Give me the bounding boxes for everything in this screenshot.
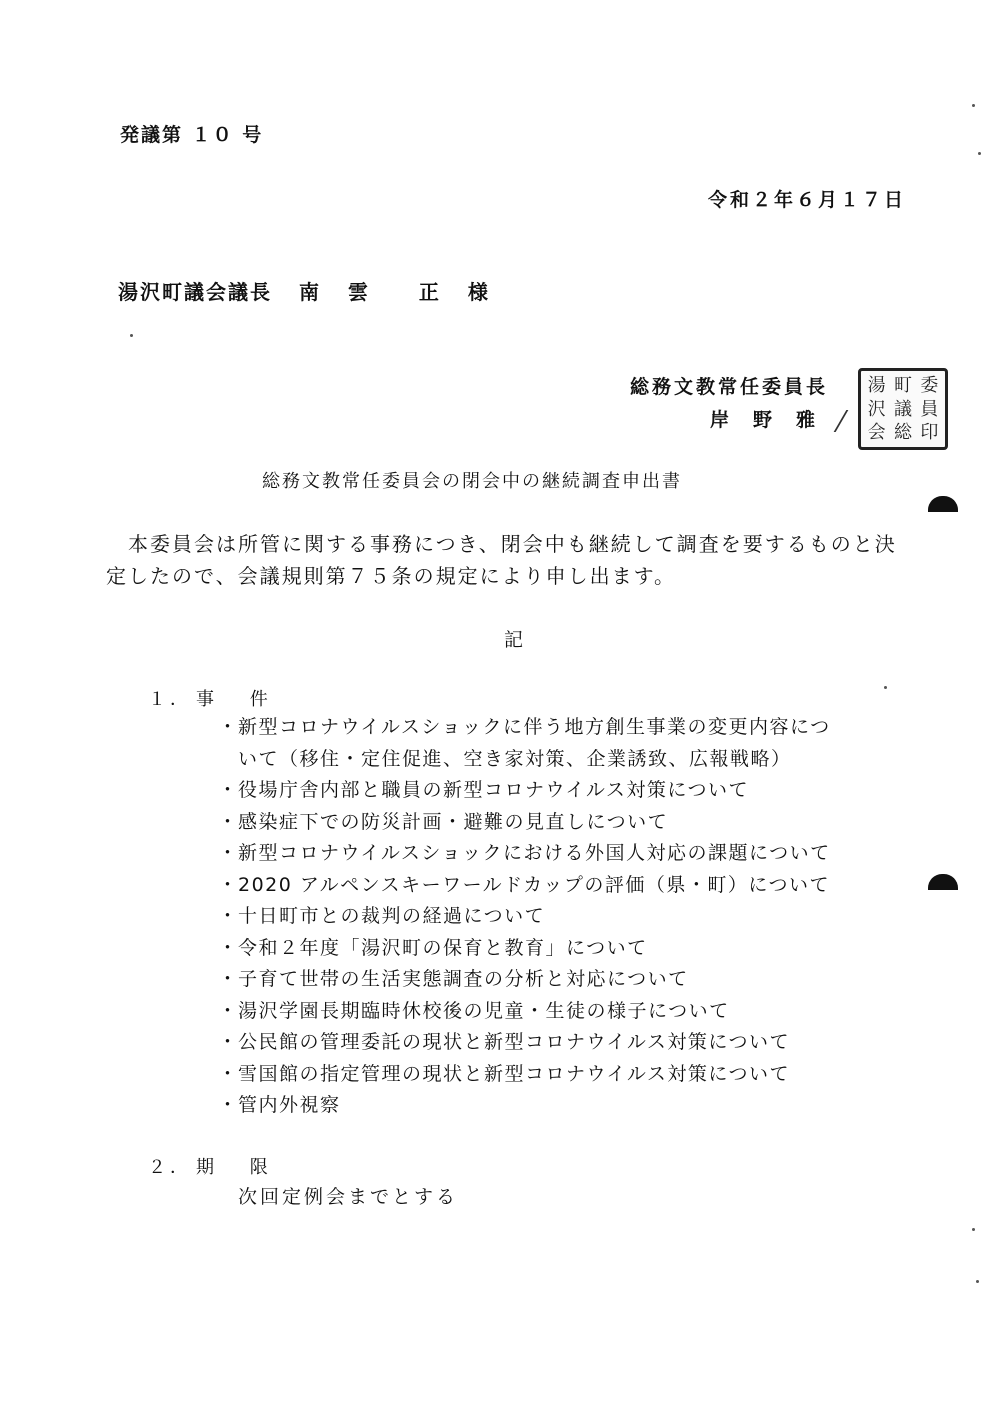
bullet: ・ [218,712,238,744]
list-item: ・公民館の管理委託の現状と新型コロナウイルス対策について [218,1027,831,1059]
list-item: ・新型コロナウイルスショックに伴う地方創生事業の変更内容につ いて（移住・定住促… [218,712,831,775]
bullet: ・ [218,964,238,996]
list-item: ・令和２年度「湯沢町の保育と教育」について [218,933,831,965]
scan-speck [976,1280,979,1283]
scan-speck [972,104,975,107]
bullet: ・ [218,1027,238,1059]
list-item-text: 雪国館の指定管理の現状と新型コロナウイルス対策について [238,1063,790,1085]
binder-hole-mark [928,496,958,512]
document-date: 令和２年６月１７日 [708,185,906,212]
list-item-text: 湯沢学園長期臨時休校後の児童・生徒の様子について [238,1000,730,1022]
section-number: ２． [148,1153,196,1179]
bullet: ・ [218,775,238,807]
list-item-text: 子育て世帯の生活実態調査の分析と対応について [238,968,689,990]
seal-char: 湯 [864,374,889,397]
section-label: 期 限 [196,1157,272,1178]
bullet: ・ [218,870,238,902]
list-item-text: 新型コロナウイルスショックにおける外国人対応の課題について [238,842,831,864]
scanned-document-page: 発議第 １０ 号 令和２年６月１７日 湯沢町議会議長 南 雲 正 様 総務文教常… [0,0,1000,1403]
list-item: ・役場庁舎内部と職員の新型コロナウイルス対策について [218,775,831,807]
list-item: ・雪国館の指定管理の現状と新型コロナウイルス対策について [218,1059,831,1091]
sender-name: 岸野雅 [710,405,839,432]
ki-heading: 記 [504,625,523,652]
bullet: ・ [218,838,238,870]
body-line: 定したので、会議規則第７５条の規定により申し出ます。 [106,560,926,592]
list-item: ・湯沢学園長期臨時休校後の児童・生徒の様子について [218,996,831,1028]
list-item-text: 役場庁舎内部と職員の新型コロナウイルス対策について [238,779,749,801]
section-heading-matters: １．事 件 [148,685,272,711]
seal-char: 印 [917,421,942,444]
bullet: ・ [218,1059,238,1091]
seal-char: 会 [864,421,889,444]
section-label: 事 件 [196,689,272,710]
list-item-continuation: いて（移住・定住促進、空き家対策、企業誘致、広報戦略） [218,744,831,776]
official-seal-stamp: 湯 町 委 沢 議 員 会 総 印 [858,368,948,450]
list-item: ・新型コロナウイルスショックにおける外国人対応の課題について [218,838,831,870]
bullet: ・ [218,901,238,933]
seal-char: 沢 [864,398,889,421]
bullet: ・ [218,933,238,965]
list-item-text: 感染症下での防災計画・避難の見直しについて [238,811,668,833]
list-item-text: 管内外視察 [238,1094,341,1116]
list-item-text: 公民館の管理委託の現状と新型コロナウイルス対策について [238,1031,790,1053]
list-item: ・2020 アルペンスキーワールドカップの評価（県・町）について [218,870,831,902]
list-item: ・管内外視察 [218,1090,831,1122]
section-heading-deadline: ２．期 限 [148,1153,272,1179]
scan-speck [884,686,887,689]
list-item: ・十日町市との裁判の経過について [218,901,831,933]
bullet: ・ [218,996,238,1028]
body-paragraph: 本委員会は所管に関する事務につき、閉会中も継続して調査を要するものと決 定したの… [106,528,926,592]
sender-title: 総務文教常任委員長 [630,372,828,399]
seal-char: 総 [890,421,915,444]
scan-speck [130,334,133,337]
list-item-text: 新型コロナウイルスショックに伴う地方創生事業の変更内容につ [238,716,831,738]
seal-char: 議 [890,398,915,421]
document-number: 発議第 １０ 号 [120,120,263,147]
seal-char: 町 [890,374,915,397]
scan-speck [972,1228,975,1231]
addressee: 湯沢町議会議長 南 雲 正 様 [118,276,490,305]
section-number: １． [148,685,196,711]
scan-speck [978,152,981,155]
document-title: 総務文教常任委員会の閉会中の継続調査申出書 [262,467,682,493]
deadline-text: 次回定例会までとする [238,1182,458,1209]
matters-list: ・新型コロナウイルスショックに伴う地方創生事業の変更内容につ いて（移住・定住促… [218,712,831,1122]
list-item-text: 十日町市との裁判の経過について [238,905,545,927]
list-item-text: 令和２年度「湯沢町の保育と教育」について [238,937,648,959]
seal-char: 員 [917,398,942,421]
list-item: ・子育て世帯の生活実態調査の分析と対応について [218,964,831,996]
binder-hole-mark [928,874,958,890]
seal-char: 委 [917,374,942,397]
list-item-text: 2020 アルペンスキーワールドカップの評価（県・町）について [238,874,830,896]
bullet: ・ [218,1090,238,1122]
bullet: ・ [218,807,238,839]
body-line: 本委員会は所管に関する事務につき、閉会中も継続して調査を要するものと決 [106,528,926,560]
list-item: ・感染症下での防災計画・避難の見直しについて [218,807,831,839]
